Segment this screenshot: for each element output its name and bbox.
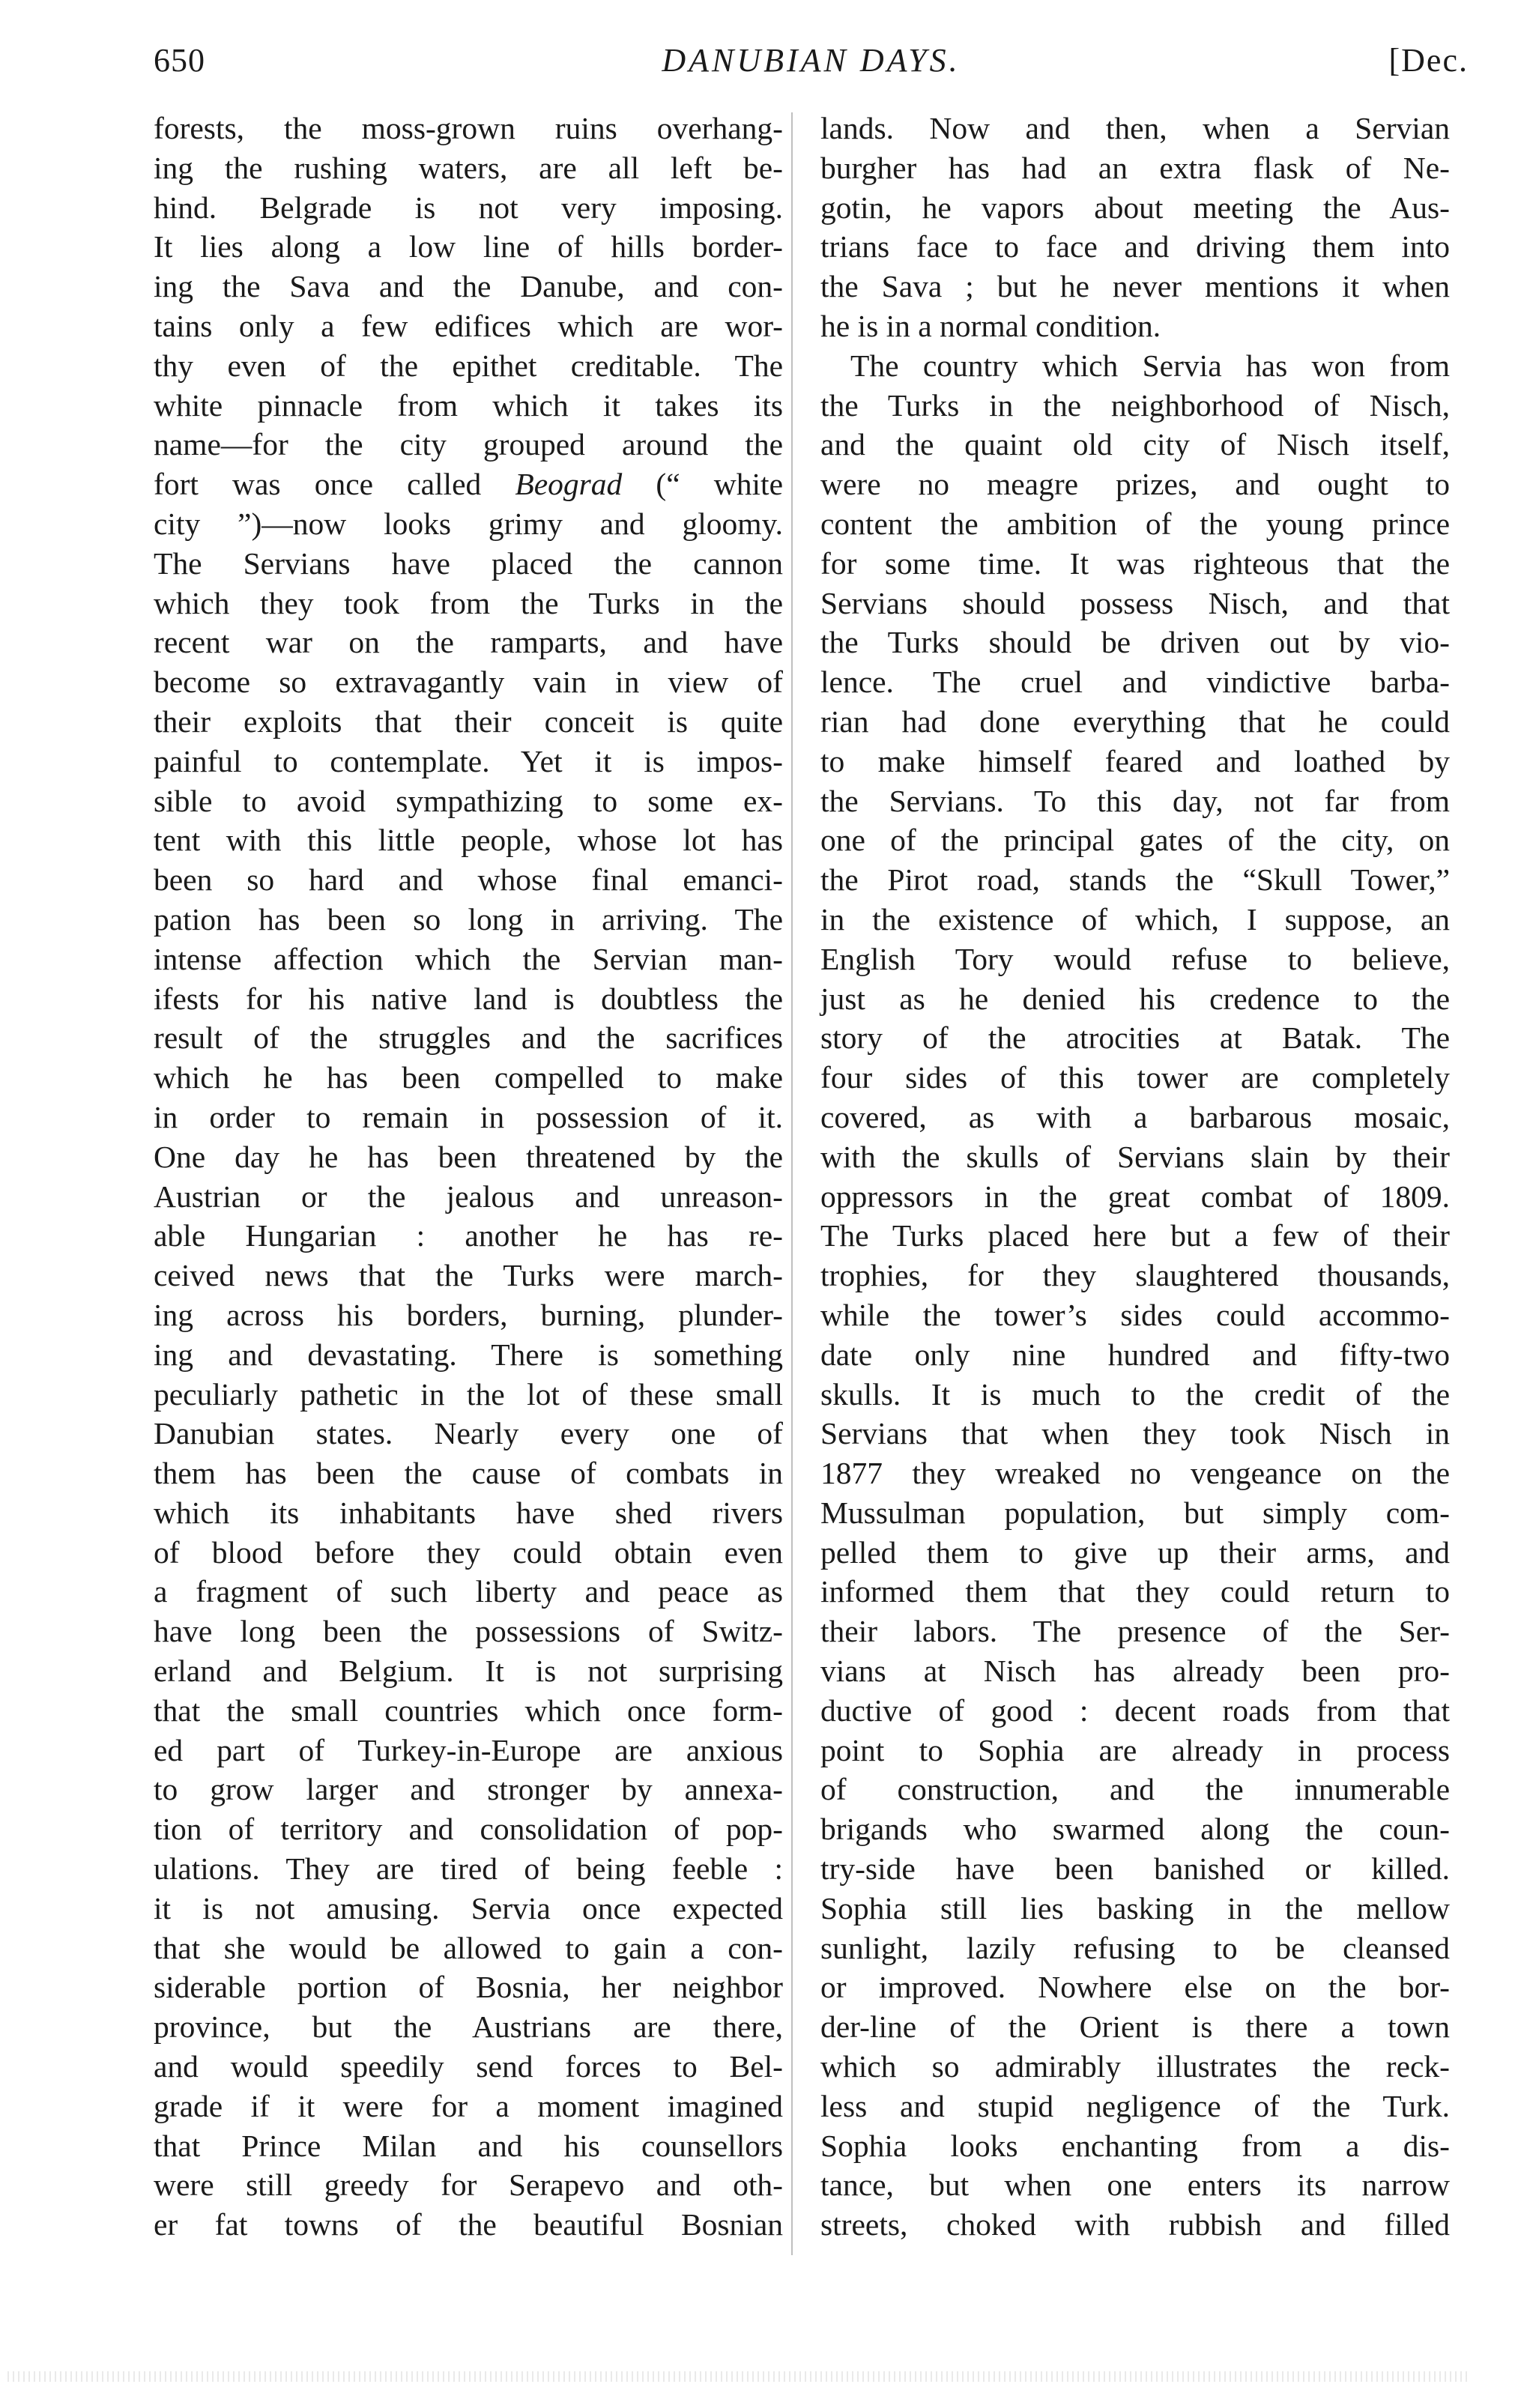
- text-line: ing the rushing waters, are all left be-: [154, 148, 783, 188]
- text-line: sible to avoid sympathizing to some ex-: [154, 781, 783, 821]
- text-line: der-line of the Orient is there a town: [820, 2007, 1450, 2047]
- text-line: and would speedily send forces to Bel-: [154, 2047, 783, 2087]
- column-divider: [791, 112, 793, 2255]
- text-line: story of the atrocities at Batak. The: [820, 1018, 1450, 1058]
- text-line: hind. Belgrade is not very imposing.: [154, 188, 783, 228]
- running-title: DANUBIAN DAYS.: [154, 34, 1469, 87]
- text-line: point to Sophia are already in process: [820, 1731, 1450, 1770]
- text-line: date only nine hundred and fifty-two: [820, 1335, 1450, 1375]
- text-line: gotin, he vapors about meeting the Aus-: [820, 188, 1450, 228]
- text-line: for some time. It was righteous that the: [820, 544, 1450, 584]
- text-line: which he has been compelled to make: [154, 1058, 783, 1098]
- text-line: the Pirot road, stands the “Skull Tower,…: [820, 860, 1450, 900]
- text-line: informed them that they could return to: [820, 1572, 1450, 1612]
- scan-artifact: [7, 2371, 1469, 2382]
- text-line: brigands who swarmed along the coun-: [820, 1809, 1450, 1849]
- text-line: become so extravagantly vain in view of: [154, 662, 783, 702]
- left-column: forests, the moss-grown ruins overhang-i…: [154, 109, 783, 2245]
- text-line: Servians that when they took Nisch in: [820, 1414, 1450, 1453]
- text-line: The Turks placed here but a few of their: [820, 1216, 1450, 1256]
- text-line: in the existence of which, I suppose, an: [820, 900, 1450, 940]
- text-line: been so hard and whose final emanci-: [154, 860, 783, 900]
- text-line: rian had done everything that he could: [820, 702, 1450, 742]
- text-line: fort was once called Beograd (“ white: [154, 465, 783, 504]
- text-line: try-side have been banished or killed.: [820, 1849, 1450, 1889]
- text-line: Servians should possess Nisch, and that: [820, 584, 1450, 623]
- text-line: ing and devastating. There is something: [154, 1335, 783, 1375]
- text-line: that she would be allowed to gain a con-: [154, 1928, 783, 1968]
- right-column: lands. Now and then, when a Servianburgh…: [820, 109, 1450, 2245]
- text-line: city ”)—now looks grimy and gloomy.: [154, 504, 783, 544]
- text-line: ing across his borders, burning, plunder…: [154, 1295, 783, 1335]
- text-line: with the skulls of Servians slain by the…: [820, 1137, 1450, 1177]
- text-line: streets, choked with rubbish and filled: [820, 2205, 1450, 2245]
- text-line: four sides of this tower are completely: [820, 1058, 1450, 1098]
- text-line: covered, as with a barbarous mosaic,: [820, 1098, 1450, 1137]
- running-head: 650 DANUBIAN DAYS. [Dec.: [154, 34, 1469, 87]
- text-line: while the tower’s sides could accommo-: [820, 1295, 1450, 1335]
- text-line: oppressors in the great combat of 1809.: [820, 1177, 1450, 1217]
- text-line: pelled them to give up their arms, and: [820, 1533, 1450, 1573]
- text-line: that Prince Milan and his counsellors: [154, 2126, 783, 2166]
- text-line: ifests for his native land is doubtless …: [154, 979, 783, 1019]
- text-line: trians face to face and driving them int…: [820, 227, 1450, 267]
- text-line: one of the principal gates of the city, …: [820, 820, 1450, 860]
- text-line: he is in a normal condition.: [820, 306, 1450, 346]
- text-line: or improved. Nowhere else on the bor-: [820, 1967, 1450, 2007]
- text-line: their exploits that their conceit is qui…: [154, 702, 783, 742]
- text-line: have long been the possessions of Switz-: [154, 1612, 783, 1651]
- text-line: Sophia still lies basking in the mellow: [820, 1889, 1450, 1928]
- text-line: province, but the Austrians are there,: [154, 2007, 783, 2047]
- text-line: Sophia looks enchanting from a dis-: [820, 2126, 1450, 2166]
- text-line: ductive of good : decent roads from that: [820, 1691, 1450, 1731]
- text-line: 1877 they wreaked no vengeance on the: [820, 1453, 1450, 1493]
- text-line: sunlight, lazily refusing to be cleansed: [820, 1928, 1450, 1968]
- italic-term: Beograd: [515, 467, 622, 501]
- text-line: English Tory would refuse to believe,: [820, 940, 1450, 979]
- text-line: burgher has had an extra flask of Ne-: [820, 148, 1450, 188]
- text-line: of blood before they could obtain even: [154, 1533, 783, 1573]
- text-line: tion of territory and consolidation of p…: [154, 1809, 783, 1849]
- text-line: just as he denied his credence to the: [820, 979, 1450, 1019]
- text-line: were still greedy for Serapevo and oth-: [154, 2165, 783, 2205]
- text-line: It lies along a low line of hills border…: [154, 227, 783, 267]
- text-line: The country which Servia has won from: [820, 346, 1450, 386]
- text-line: able Hungarian : another he has re-: [154, 1216, 783, 1256]
- text-line: them has been the cause of combats in: [154, 1453, 783, 1493]
- text-line: result of the struggles and the sacrific…: [154, 1018, 783, 1058]
- text-line: that the small countries which once form…: [154, 1691, 783, 1731]
- text-line: erland and Belgium. It is not surprising: [154, 1651, 783, 1691]
- text-line: it is not amusing. Servia once expected: [154, 1889, 783, 1928]
- text-line: grade if it were for a moment imagined: [154, 2087, 783, 2126]
- text-line: a fragment of such liberty and peace as: [154, 1572, 783, 1612]
- text-line: forests, the moss-grown ruins overhang-: [154, 109, 783, 148]
- text-line: ed part of Turkey-in-Europe are anxious: [154, 1731, 783, 1770]
- text-line: which its inhabitants have shed rivers: [154, 1493, 783, 1533]
- text-line: ceived news that the Turks were march-: [154, 1256, 783, 1295]
- text-line: ulations. They are tired of being feeble…: [154, 1849, 783, 1889]
- text-line: lands. Now and then, when a Servian: [820, 109, 1450, 148]
- text-line: were no meagre prizes, and ought to: [820, 465, 1450, 504]
- text-line: er fat towns of the beautiful Bosnian: [154, 2205, 783, 2245]
- text-line: the Sava ; but he never mentions it when: [820, 267, 1450, 306]
- text-line: The Servians have placed the cannon: [154, 544, 783, 584]
- text-line: lence. The cruel and vindictive barba-: [820, 662, 1450, 702]
- text-line: of construction, and the innumerable: [820, 1770, 1450, 1809]
- text-line: painful to contemplate. Yet it is impos-: [154, 742, 783, 781]
- text-line: tent with this little people, whose lot …: [154, 820, 783, 860]
- document-page: 650 DANUBIAN DAYS. [Dec. forests, the mo…: [0, 0, 1515, 2408]
- text-line: intense affection which the Servian man-: [154, 940, 783, 979]
- text-line: to make himself feared and loathed by: [820, 742, 1450, 781]
- text-line: and the quaint old city of Nisch itself,: [820, 425, 1450, 465]
- text-line: which so admirably illustrates the reck-: [820, 2047, 1450, 2087]
- text-line: recent war on the ramparts, and have: [154, 623, 783, 662]
- text-line: Mussulman population, but simply com-: [820, 1493, 1450, 1533]
- text-line: in order to remain in possession of it.: [154, 1098, 783, 1137]
- text-line: content the ambition of the young prince: [820, 504, 1450, 544]
- text-line: white pinnacle from which it takes its: [154, 386, 783, 426]
- text-line: peculiarly pathetic in the lot of these …: [154, 1375, 783, 1415]
- text-line: to grow larger and stronger by annexa-: [154, 1770, 783, 1809]
- text-line: One day he has been threatened by the: [154, 1137, 783, 1177]
- text-line: which they took from the Turks in the: [154, 584, 783, 623]
- text-line: tance, but when one enters its narrow: [820, 2165, 1450, 2205]
- text-line: ing the Sava and the Danube, and con-: [154, 267, 783, 306]
- text-line: pation has been so long in arriving. The: [154, 900, 783, 940]
- text-line: the Turks in the neighborhood of Nisch,: [820, 386, 1450, 426]
- running-month: [Dec.: [1389, 34, 1469, 87]
- text-line: trophies, for they slaughtered thousands…: [820, 1256, 1450, 1295]
- text-line: the Turks should be driven out by vio-: [820, 623, 1450, 662]
- text-line: siderable portion of Bosnia, her neighbo…: [154, 1967, 783, 2007]
- text-line: Danubian states. Nearly every one of: [154, 1414, 783, 1453]
- text-line: thy even of the epithet creditable. The: [154, 346, 783, 386]
- text-line: vians at Nisch has already been pro-: [820, 1651, 1450, 1691]
- text-line: the Servians. To this day, not far from: [820, 781, 1450, 821]
- text-line: name—for the city grouped around the: [154, 425, 783, 465]
- text-line: tains only a few edifices which are wor-: [154, 306, 783, 346]
- text-line: their labors. The presence of the Ser-: [820, 1612, 1450, 1651]
- text-line: less and stupid negligence of the Turk.: [820, 2087, 1450, 2126]
- text-line: skulls. It is much to the credit of the: [820, 1375, 1450, 1415]
- text-line: Austrian or the jealous and unreason-: [154, 1177, 783, 1217]
